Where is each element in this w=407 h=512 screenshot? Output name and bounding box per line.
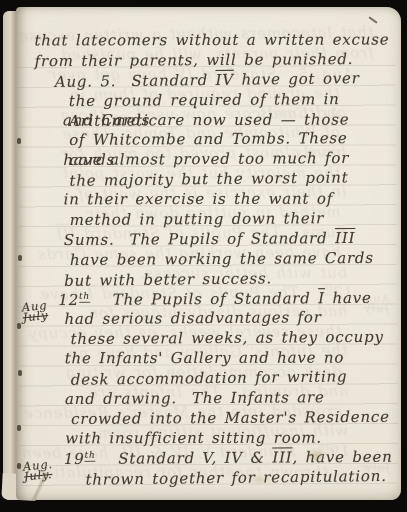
paper-stain xyxy=(242,473,276,487)
text-segment: the Infants' Gallery and have no xyxy=(65,349,345,368)
manuscript-text: that latecomers without a written excuse… xyxy=(16,30,394,490)
text-segment: with insufficient sitting room. xyxy=(65,428,322,447)
manuscript-line: thrown together for recapitulation. xyxy=(85,466,394,490)
text-segment: method in putting down their xyxy=(70,209,325,229)
text-segment: these several weeks, as they occupy xyxy=(70,328,383,348)
text-segment: Aug. 5. Standard xyxy=(55,71,216,91)
text-segment: from their parents, will be punished. xyxy=(35,50,354,70)
text-segment: but with better success. xyxy=(64,269,272,290)
manuscript-line: have been working the same Cards xyxy=(70,248,393,270)
manuscript-line: that latecomers without a written excuse xyxy=(34,30,391,51)
manuscript-line: Aug. 5. Standard IV have got over xyxy=(55,69,392,93)
text-segment: that latecomers without a written excuse xyxy=(34,30,389,49)
binding-speck xyxy=(17,138,21,144)
manuscript-line: and Cards are now used — those xyxy=(63,110,392,131)
facing-page-edge xyxy=(3,11,16,500)
manuscript-line: AugJuly 12th The Pupils of Standard I ha… xyxy=(22,288,393,310)
binding-speck xyxy=(17,425,21,431)
text-segment: the majority but the worst point xyxy=(69,169,348,190)
text-segment: th xyxy=(85,450,96,461)
manuscript-line: method in putting down their xyxy=(70,209,393,231)
text-segment: thrown together for recapitulation. xyxy=(85,467,386,489)
page-crease xyxy=(16,473,64,501)
text-segment: Sums. The Pupils of Standard xyxy=(64,229,335,249)
binding-speck xyxy=(17,463,21,469)
manuscript-line: the majority but the worst point xyxy=(69,168,392,192)
manuscript-line: in their exercise is the want of xyxy=(64,190,393,211)
text-segment: have almost proved too much for xyxy=(63,149,349,169)
text-segment: and Cards are now used — those xyxy=(63,110,349,129)
text-segment: and drawing. The Infants are xyxy=(65,388,325,408)
manuscript-line: of Whitcombe and Tombs. These cards xyxy=(69,129,392,151)
text-segment: The Pupils of Standard xyxy=(90,289,318,309)
text-segment: have xyxy=(325,288,372,306)
manuscript-line: Aug.July. 19th Standard V, IV & III, hav… xyxy=(23,447,394,469)
manuscript-line: these several weeks, as they occupy xyxy=(70,328,393,350)
text-segment: 12 xyxy=(51,290,79,308)
roman-numeral: III xyxy=(272,448,292,466)
roman-numeral: III xyxy=(335,229,355,247)
manuscript-line: and drawing. The Infants are xyxy=(65,388,394,410)
manuscript-line: desk accommodation for writing xyxy=(71,367,394,391)
manuscript-line: Sums. The Pupils of Standard III xyxy=(64,229,393,251)
date-correction: AugJuly xyxy=(22,301,49,322)
manuscript-line: with insufficient sitting room. xyxy=(65,428,394,449)
text-segment: crowded into the Master's Residence xyxy=(71,408,390,428)
text-segment: had serious disadvantages for xyxy=(64,309,321,329)
paper-stain xyxy=(302,445,330,465)
text-segment: Standard V, IV & xyxy=(96,448,273,467)
manuscript-line: crowded into the Master's Residence xyxy=(71,408,394,430)
text-segment: th xyxy=(79,291,90,302)
manuscript-line: the ground required of them in Arithmeti… xyxy=(69,89,392,111)
text-segment: have been working the same Cards xyxy=(70,249,374,269)
text-segment: 19 xyxy=(56,450,84,468)
roman-numeral: IV xyxy=(216,71,235,89)
scanned-logbook-photo: that latecomers without a written excuse… xyxy=(0,0,407,512)
text-segment: in their exercise is the want of xyxy=(64,190,334,209)
binding-speck xyxy=(17,323,21,329)
manuscript-line: had serious disadvantages for xyxy=(64,308,393,330)
manuscript-line: but with better success. xyxy=(64,268,393,292)
text-segment: desk accommodation for writing xyxy=(71,368,348,389)
logbook-page: that latecomers without a written excuse… xyxy=(16,7,401,500)
binding-speck xyxy=(18,370,22,376)
manuscript-line: the Infants' Gallery and have no xyxy=(65,349,394,370)
scratch-mark xyxy=(368,16,377,23)
text-segment: have got over xyxy=(234,69,360,89)
binding-speck xyxy=(18,255,22,261)
